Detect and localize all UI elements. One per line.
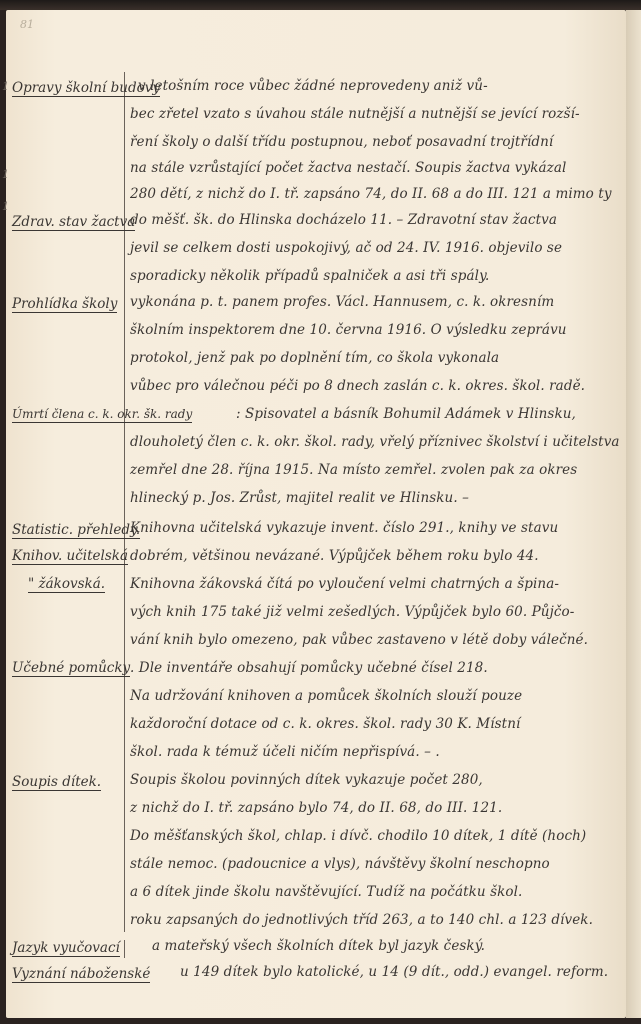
text-line: každoroční dotace od c. k. okres. škol. …	[130, 716, 630, 732]
text-line: dlouholetý člen c. k. okr. škol. rady, v…	[130, 434, 630, 450]
text-line: školním inspektorem dne 10. června 1916.…	[130, 322, 630, 338]
text-line: jevil se celkem dosti uspokojivý, ač od …	[130, 240, 630, 256]
text-line: Do měšťanských škol, chlap. i dívč. chod…	[130, 828, 630, 844]
text-line: vých knih 175 také již velmi zešedlých. …	[130, 604, 630, 620]
section-label-member-death: Úmrtí člena c. k. okr. šk. rady	[12, 406, 192, 423]
page-number: 81	[20, 18, 34, 31]
text-line: protokol, jenž pak po doplnění tím, co š…	[130, 350, 630, 366]
section-label-child-census: Soupis dítek.	[12, 774, 101, 791]
text-line: dobrém, většinou nevázané. Výpůjček běhe…	[130, 548, 630, 564]
text-line: vůbec pro válečnou péči po 8 dnech zaslá…	[130, 378, 630, 394]
section-label-statistics: Statistic. přehledy.	[12, 522, 140, 539]
text-line: Na udržování knihoven a pomůcek školních…	[130, 688, 630, 704]
text-line: na stále vzrůstající počet žactva nestač…	[130, 160, 630, 176]
section-label-teaching-language: Jazyk vyučovací	[12, 940, 120, 957]
text-line: . Dle inventáře obsahují pomůcky učebné …	[130, 660, 630, 676]
text-line: v letošním roce vůbec žádné neprovedeny …	[138, 78, 638, 94]
side-mark: 1	[2, 80, 9, 93]
text-line: z nichž do I. tř. zapsáno bylo 74, do II…	[130, 800, 630, 816]
side-mark: 1	[2, 168, 9, 181]
text-line: ření školy o další třídu postupnou, nebo…	[130, 134, 630, 150]
margin-rule	[124, 72, 125, 932]
text-line: roku zapsaných do jednotlivých tříd 263,…	[130, 912, 630, 928]
text-line: hlinecký p. Jos. Zrůst, majitel realit v…	[130, 490, 630, 506]
text-line: vání knih bylo omezeno, pak vůbec zastav…	[130, 632, 630, 648]
section-label-pupil-library: " žákovská.	[28, 576, 105, 593]
text-line: Knihovna žákovská čítá po vyloučení velm…	[130, 576, 630, 592]
section-label-pupil-health: Zdrav. stav žactva	[12, 214, 135, 231]
text-line: a mateřský všech školních dítek byl jazy…	[152, 938, 641, 954]
section-label-religion: Vyznání náboženské	[12, 966, 150, 983]
text-line: Soupis školou povinných dítek vykazuje p…	[130, 772, 630, 788]
book-top-edge	[0, 0, 641, 10]
text-line: do měšť. šk. do Hlinska docházelo 11. – …	[130, 212, 630, 228]
text-line: vykonána p. t. panem profes. Václ. Hannu…	[130, 294, 630, 310]
text-line: u 149 dítek bylo katolické, u 14 (9 dít.…	[180, 964, 641, 980]
text-line: stále nemoc. (padoucnice a vlys), návště…	[130, 856, 630, 872]
side-mark: 1	[2, 200, 9, 213]
text-line: 280 dětí, z nichž do I. tř. zapsáno 74, …	[130, 186, 630, 202]
text-line: a 6 dítek jinde školu navštěvující. Tudí…	[130, 884, 630, 900]
text-line: škol. rada k témuž účeli ničím nepřispív…	[130, 744, 630, 760]
section-label-teacher-library: Knihov. učitelská	[12, 548, 128, 565]
text-line: Knihovna učitelská vykazuje invent. čísl…	[130, 520, 630, 536]
section-label-school-inspection: Prohlídka školy	[12, 296, 117, 313]
section-label-teaching-aids: Učebné pomůcky	[12, 660, 130, 677]
text-line: sporadicky několik případů spalniček a a…	[130, 268, 630, 284]
text-line: : Spisovatel a básník Bohumil Adámek v H…	[236, 406, 626, 422]
text-line: bec zřetel vzato s úvahou stále nutnější…	[130, 106, 630, 122]
margin-rule-continuation	[124, 940, 125, 958]
text-line: zemřel dne 28. října 1915. Na místo zemř…	[130, 462, 630, 478]
